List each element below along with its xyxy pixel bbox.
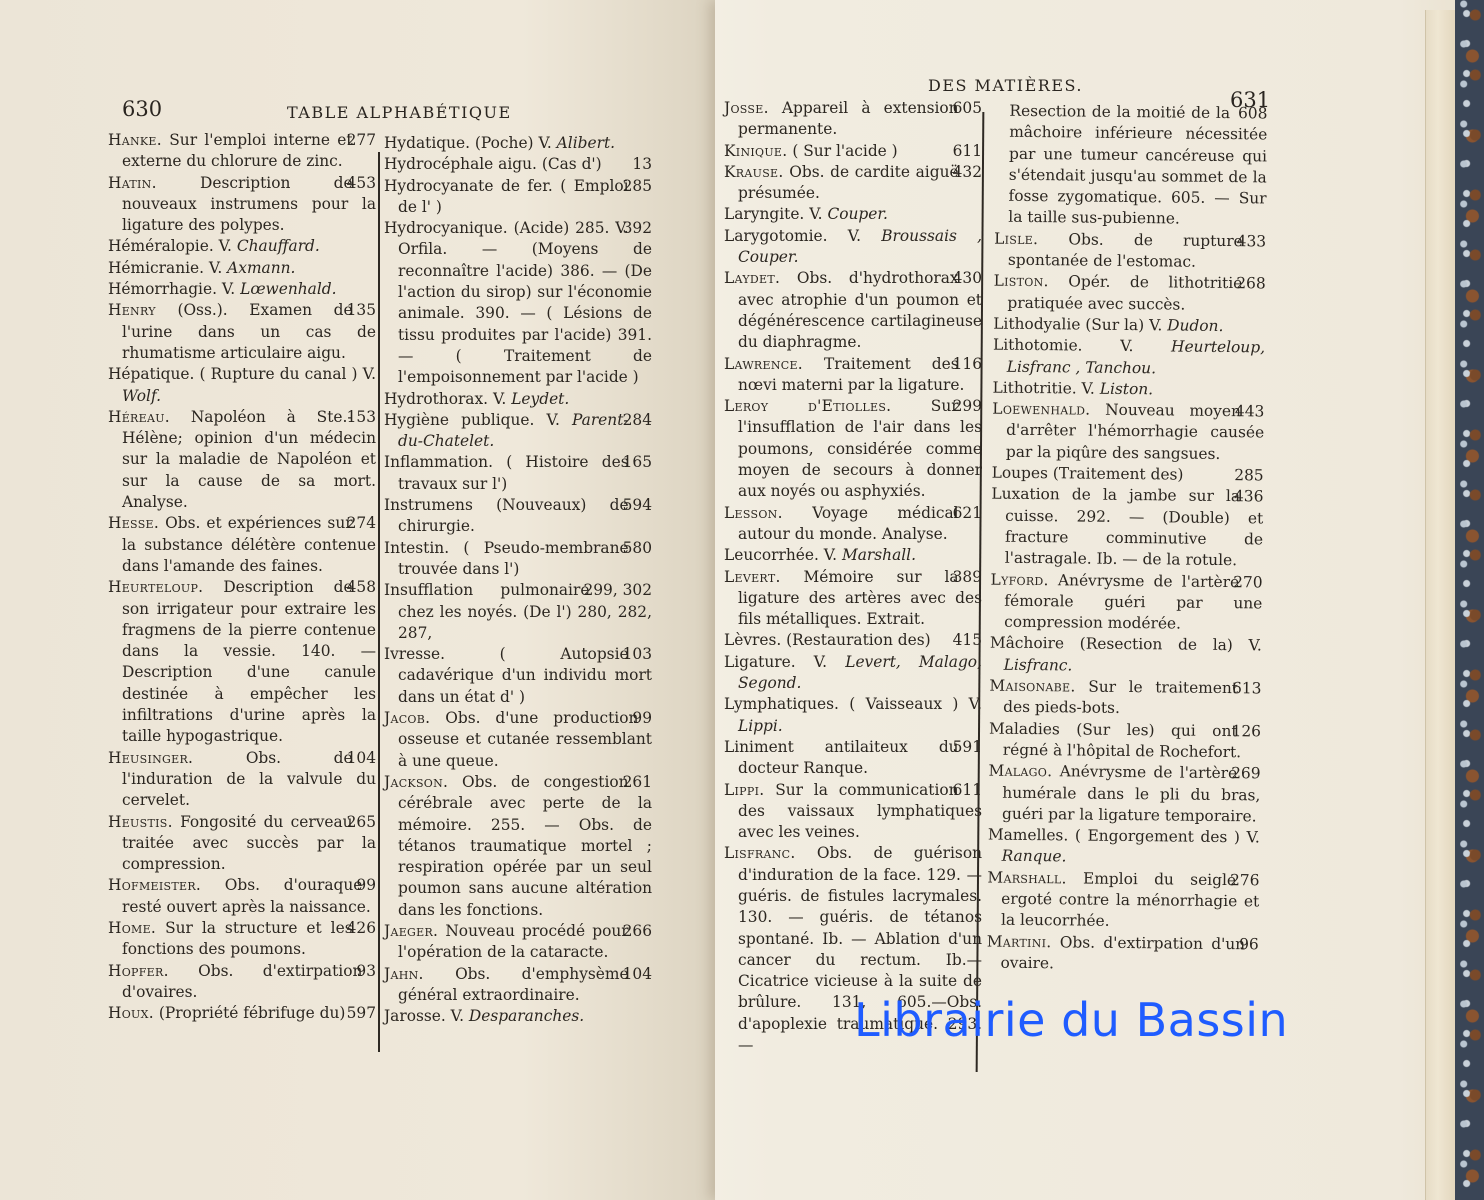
index-entry: Lymphatiques. ( Vaisseaux ) V. Lippi.	[724, 694, 982, 737]
entry-author: Malago.	[988, 762, 1052, 781]
page-reference: 392	[637, 218, 652, 239]
cross-reference: Ranque.	[1002, 847, 1067, 866]
entry-text: Hydrothorax. V.	[384, 390, 506, 408]
page-reference: 276	[1244, 870, 1260, 891]
page-reference: 96	[1253, 934, 1259, 955]
page-reference: 266	[637, 921, 652, 942]
index-entry: 608Resection de la moitié de la mâchoire…	[994, 101, 1267, 232]
entry-text: Hydrocyanique. (Acide) 285. V. Orfila. —…	[384, 219, 652, 386]
page-reference: 274	[361, 513, 376, 534]
index-entry: 266Jaeger. Nouveau procédé pour l'opérat…	[384, 921, 652, 964]
page-reference: 597	[361, 1003, 376, 1024]
index-entry: Lithodyalie (Sur la) V. Dudon.	[993, 314, 1265, 338]
page-reference: 285	[637, 176, 652, 197]
entry-text: Hydrocéphale aigu. (Cas d')	[384, 155, 602, 173]
entry-text: Hépatique. ( Rupture du canal ) V.	[108, 365, 376, 383]
index-entry: Jarosse. V. Desparanches.	[384, 1006, 652, 1027]
index-entry: 594Instrumens (Nouveaux) de chirurgie.	[384, 495, 652, 538]
index-entry: 389Levert. Mémoire sur la ligature des a…	[724, 567, 982, 631]
entry-text: Loupes (Traitement des)	[992, 464, 1184, 484]
entry-text: Maladies (Sur les) qui ont régné à l'hôp…	[989, 719, 1241, 761]
cross-reference: Axmann.	[227, 259, 295, 277]
cross-reference: Marshall.	[842, 546, 916, 564]
index-entry: 165Inflammation. ( Histoire des travaux …	[384, 452, 652, 495]
index-entry: Larygotomie. V. Broussais , Couper.	[724, 226, 982, 269]
page-reference: 613	[1246, 678, 1262, 699]
index-entry: 436Luxation de la jambe sur la cuisse. 2…	[991, 484, 1264, 572]
index-entry: Héméralopie. V. Chauffard.	[108, 236, 376, 257]
cross-reference: Desparanches.	[469, 1007, 584, 1025]
entry-text: Appareil à extension permanente.	[738, 99, 959, 138]
page-reference: 580	[637, 538, 652, 559]
entry-text: Hémorrhagie. V.	[108, 280, 235, 298]
index-entry: 611Lippi. Sur la communication des vaiss…	[724, 780, 982, 844]
page-reference: 269	[1245, 763, 1261, 784]
index-entry: 415Lèvres. (Restauration des)	[724, 630, 982, 651]
page-reference: 458	[361, 577, 376, 598]
index-entry: 265Heustis. Fongosité du cerveau traitée…	[108, 812, 376, 876]
entry-author: Krause.	[724, 163, 784, 181]
entry-text: Instrumens (Nouveaux) de chirurgie.	[384, 496, 629, 535]
entry-text: Description de son irrigateur pour extra…	[122, 578, 376, 745]
entry-author: Henry	[108, 301, 156, 319]
entry-text: Obs. d'une production osseuse et cutanée…	[398, 709, 652, 770]
page-reference: 433	[1251, 231, 1267, 252]
entry-author: Lyford.	[990, 570, 1048, 589]
index-entry: 276Marshall. Emploi du seigle ergoté con…	[987, 867, 1260, 934]
page-reference: 104	[637, 964, 652, 985]
index-entry: 261Jackson. Obs. de congestion cérébrale…	[384, 772, 652, 921]
index-column-right-1: 605Josse. Appareil à extension permanent…	[724, 98, 982, 1056]
entry-text: Hydrocyanate de fer. ( Emploi de l' )	[384, 177, 629, 216]
running-head-left: TABLE ALPHABÉTIQUE	[287, 103, 512, 122]
entry-text: Leucorrhée. V.	[724, 546, 837, 564]
index-entry: 277Hanke. Sur l'emploi interne et extern…	[108, 130, 376, 173]
index-column-left-1: 277Hanke. Sur l'emploi interne et extern…	[108, 130, 376, 1024]
cross-reference: Lippi.	[738, 717, 783, 735]
page-reference: 284	[637, 410, 652, 431]
index-entry: 103Ivresse. ( Autopsie cadavérique d'un …	[384, 644, 652, 708]
entry-text: Héméralopie. V.	[108, 237, 232, 255]
index-entry: 285Hydrocyanate de fer. ( Emploi de l' )	[384, 176, 652, 219]
entry-author: Levert.	[724, 568, 781, 586]
index-entry: 392Hydrocyanique. (Acide) 285. V. Orfila…	[384, 218, 652, 388]
index-entry: 591Liniment antilaiteux du docteur Ranqu…	[724, 737, 982, 780]
index-entry: 597Houx. (Propriété fébrifuge du)	[108, 1003, 376, 1024]
page-reference: 426	[361, 918, 376, 939]
index-entry: 96Martini. Obs. d'extirpation d'un ovair…	[986, 931, 1258, 976]
index-entry: 580Intestin. ( Pseudo-membrane trouvée d…	[384, 538, 652, 581]
index-entry: Hémicranie. V. Axmann.	[108, 258, 376, 279]
page-reference: 261	[637, 772, 652, 793]
index-entry: 135Henry (Oss.). Examen de l'urine dans …	[108, 300, 376, 364]
page-reference: 285	[1248, 465, 1264, 486]
page-reference: 299, 302	[597, 580, 652, 601]
entry-author: Hesse.	[108, 514, 159, 532]
entry-author: Maisonabe.	[989, 677, 1075, 696]
entry-text: (Propriété fébrifuge du)	[159, 1004, 346, 1022]
entry-author: Hatin.	[108, 174, 157, 192]
entry-text: Larygotomie. V.	[724, 227, 861, 245]
entry-author: Lippi.	[724, 781, 764, 799]
index-entry: Mâchoire (Resection de la) V. Lisfranc.	[990, 633, 1262, 678]
entry-text: Laryngite. V.	[724, 205, 823, 223]
entry-author: Hofmeister.	[108, 876, 201, 894]
index-entry: 611Kinique. ( Sur l'acide )	[724, 141, 982, 162]
cross-reference: Couper.	[827, 205, 887, 223]
entry-author: Jaeger.	[384, 922, 438, 940]
entry-author: Lisle.	[994, 229, 1038, 247]
index-entry: 104Jahn. Obs. d'emphysème général extrao…	[384, 964, 652, 1007]
page-reference: 594	[637, 495, 652, 516]
index-entry: 426Home. Sur la structure et les fonctio…	[108, 918, 376, 961]
page-reference: 611	[967, 141, 982, 162]
entry-author: Leroy d'Etiolles.	[724, 397, 891, 415]
index-entry: 621Lesson. Voyage médical autour du mond…	[724, 503, 982, 546]
index-entry: 274Hesse. Obs. et expériences sur la sub…	[108, 513, 376, 577]
index-entry: Lithotomie. V. Heurteloup, Lisfranc , Ta…	[993, 335, 1265, 380]
entry-text: Lithotritie. V.	[992, 378, 1094, 397]
cross-reference: Lœwenhald.	[240, 280, 336, 298]
index-entry: Laryngite. V. Couper.	[724, 204, 982, 225]
index-entry: Hydrothorax. V. Leydet.	[384, 389, 652, 410]
cross-reference: Leydet.	[511, 390, 569, 408]
entry-author: Lawrence.	[724, 355, 803, 373]
entry-text: Mamelles. ( Engorgement des ) V.	[988, 826, 1260, 847]
cross-reference: Chauffard.	[237, 237, 320, 255]
entry-author: Martini.	[987, 932, 1052, 951]
index-entry: 299Leroy d'Etiolles. Sur l'insufflation …	[724, 396, 982, 502]
page-reference: 265	[361, 812, 376, 833]
entry-author: Heurteloup.	[108, 578, 203, 596]
index-entry: 268Liston. Opér. de lithotritie pratiqué…	[993, 271, 1265, 316]
entry-author: Marshall.	[987, 868, 1066, 887]
marbled-cover	[1455, 0, 1484, 1200]
page-edges	[1425, 10, 1456, 1200]
entry-text: Lithodyalie (Sur la) V.	[993, 315, 1162, 335]
entry-author: Laydet.	[724, 269, 780, 287]
index-entry: Mamelles. ( Engorgement des ) V. Ranque.	[988, 825, 1260, 870]
entry-text: Intestin. ( Pseudo-membrane trouvée dans…	[384, 539, 629, 578]
page-reference: 430	[967, 268, 982, 289]
index-entry: Leucorrhée. V. Marshall.	[724, 545, 982, 566]
page-reference: 432	[967, 162, 982, 183]
index-entry: 269Malago. Anévrysme de l'artère huméral…	[988, 761, 1261, 828]
index-entry: 153Héreau. Napoléon à Ste.-Hélène; opini…	[108, 407, 376, 513]
index-entry: 13Hydrocéphale aigu. (Cas d')	[384, 154, 652, 175]
page-reference: 611	[967, 780, 982, 801]
page-reference: 436	[1248, 487, 1264, 508]
entry-text: Mâchoire (Resection de la) V.	[990, 634, 1262, 655]
entry-text: Hémicranie. V.	[108, 259, 222, 277]
page-reference: 608	[1238, 103, 1268, 125]
page-reference: 103	[637, 644, 652, 665]
entry-text: Ligature. V.	[724, 653, 827, 671]
index-entry: Hydatique. (Poche) V. Alibert.	[384, 133, 652, 154]
page-reference: 443	[1249, 401, 1265, 422]
page-reference: 277	[361, 130, 376, 151]
page-reference: 104	[361, 748, 376, 769]
running-head-right: DES MATIÈRES.	[928, 76, 1083, 95]
entry-text: Obs. et expériences sur la substance dél…	[122, 514, 376, 575]
index-entry: 299, 302Insufflation pulmonaire chez les…	[384, 580, 652, 644]
cross-reference: Dudon.	[1167, 316, 1223, 335]
index-entry: 284Hygiène publique. V. Parent-du-Chatel…	[384, 410, 652, 453]
index-entry: 99Jacob. Obs. d'une production osseuse e…	[384, 708, 652, 772]
entry-author: Loewenhald.	[992, 400, 1090, 419]
index-entry: 433Lisle. Obs. de rupture spontanée de l…	[994, 228, 1266, 273]
entry-author: Home.	[108, 919, 156, 937]
entry-text: Obs. d'emphysème général extraordinaire.	[398, 965, 629, 1004]
page-reference: 99	[370, 875, 376, 896]
entry-text: Hygiène publique. V.	[384, 411, 560, 429]
page-reference: 135	[361, 300, 376, 321]
index-column-left-2: Hydatique. (Poche) V. Alibert.13Hydrocép…	[384, 133, 652, 1027]
index-entry: Hémorrhagie. V. Lœwenhald.	[108, 279, 376, 300]
index-entry: 432Krause. Obs. de cardite aiguë présumé…	[724, 162, 982, 205]
entry-author: Houx.	[108, 1004, 154, 1022]
entry-author: Heustis.	[108, 813, 173, 831]
entry-text: (Oss.). Examen de l'urine dans un cas de…	[122, 301, 376, 362]
cross-reference: Wolf.	[122, 387, 161, 405]
entry-author: Lesson.	[724, 504, 783, 522]
page-reference: 93	[370, 961, 376, 982]
entry-text: Jarosse. V.	[384, 1007, 464, 1025]
page-reference: 126	[1245, 721, 1261, 742]
entry-author: Liston.	[994, 272, 1049, 291]
index-entry: Ligature. V. Levert, Malago, Segond.	[724, 652, 982, 695]
index-entry: 605Josse. Appareil à extension permanent…	[724, 98, 982, 141]
entry-text: Ivresse. ( Autopsie cadavérique d'un ind…	[384, 645, 652, 706]
index-entry: 104Heusinger. Obs. de l'induration de la…	[108, 748, 376, 812]
entry-author: Hopfer.	[108, 962, 169, 980]
page-number-left: 630	[122, 97, 162, 121]
index-entry: 443Loewenhald. Nouveau moyen d'arrêter l…	[992, 399, 1265, 466]
entry-author: Jackson.	[384, 773, 448, 791]
entry-text: Lèvres. (Restauration des)	[724, 631, 931, 649]
entry-text: Description de nouveaux instrumens pour …	[122, 174, 376, 235]
index-entry: 613Maisonabe. Sur le traitement des pied…	[989, 676, 1261, 721]
entry-text: Lymphatiques. ( Vaisseaux ) V.	[724, 695, 982, 713]
entry-author: Jahn.	[384, 965, 424, 983]
index-entry: 270Lyford. Anévrysme de l'artère fémoral…	[990, 569, 1263, 636]
index-column-right-2: 608Resection de la moitié de la mâchoire…	[986, 101, 1267, 977]
entry-text: Resection de la moitié de la mâchoire in…	[1008, 102, 1267, 228]
entry-text: Liniment antilaiteux du docteur Ranque.	[724, 738, 959, 777]
index-entry: 93Hopfer. Obs. d'extirpation d'ovaires.	[108, 961, 376, 1004]
watermark: Librairie du Bassin	[854, 993, 1288, 1047]
entry-author: Héreau.	[108, 408, 170, 426]
entry-author: Lisfranc.	[724, 844, 796, 862]
index-entry: Lithotritie. V. Liston.	[992, 377, 1264, 401]
page-reference: 13	[646, 154, 652, 175]
page-reference: 153	[361, 407, 376, 428]
index-entry: 453Hatin. Description de nouveaux instru…	[108, 173, 376, 237]
page-reference: 268	[1250, 274, 1266, 295]
index-entry: 458Heurteloup. Description de son irriga…	[108, 577, 376, 747]
page-reference: 99	[646, 708, 652, 729]
entry-author: Jacob.	[384, 709, 430, 727]
index-entry: Hépatique. ( Rupture du canal ) V. Wolf.	[108, 364, 376, 407]
index-entry: 116Lawrence. Traitement des nœvi materni…	[724, 354, 982, 397]
entry-text: Sur la communication des vaissaux lympha…	[738, 781, 982, 842]
index-entry: 430Laydet. Obs. d'hydrothorax avec atrop…	[724, 268, 982, 353]
page-reference: 605	[967, 98, 982, 119]
index-entry: 126Maladies (Sur les) qui ont régné à l'…	[989, 718, 1261, 763]
entry-author: Kinique.	[724, 142, 787, 160]
entry-text: Hydatique. (Poche) V.	[384, 134, 552, 152]
entry-author: Hanke.	[108, 131, 162, 149]
column-rule-left	[378, 152, 380, 1052]
page-reference: 165	[637, 452, 652, 473]
cross-reference: Liston.	[1100, 380, 1153, 399]
entry-author: Heusinger.	[108, 749, 193, 767]
entry-text: ( Sur l'acide )	[792, 142, 897, 160]
entry-text: Lithotomie. V.	[993, 336, 1134, 355]
entry-text: Obs. de rupture spontanée de l'estomac.	[1008, 230, 1243, 271]
cross-reference: Alibert.	[557, 134, 615, 152]
entry-author: Josse.	[724, 99, 769, 117]
entry-text: Sur la structure et les fonctions des po…	[122, 919, 353, 958]
page-reference: 453	[361, 173, 376, 194]
page-reference: 270	[1247, 572, 1263, 593]
entry-text: Luxation de la jambe sur la cuisse. 292.…	[991, 485, 1263, 569]
index-entry: 99Hofmeister. Obs. d'ouraque resté ouver…	[108, 875, 376, 918]
index-entry: 285Loupes (Traitement des)	[992, 463, 1264, 487]
entry-text: Obs. de congestion cérébrale avec perte …	[398, 773, 652, 919]
entry-text: Inflammation. ( Histoire des travaux sur…	[384, 453, 629, 492]
cross-reference: Lisfranc.	[1004, 655, 1073, 674]
